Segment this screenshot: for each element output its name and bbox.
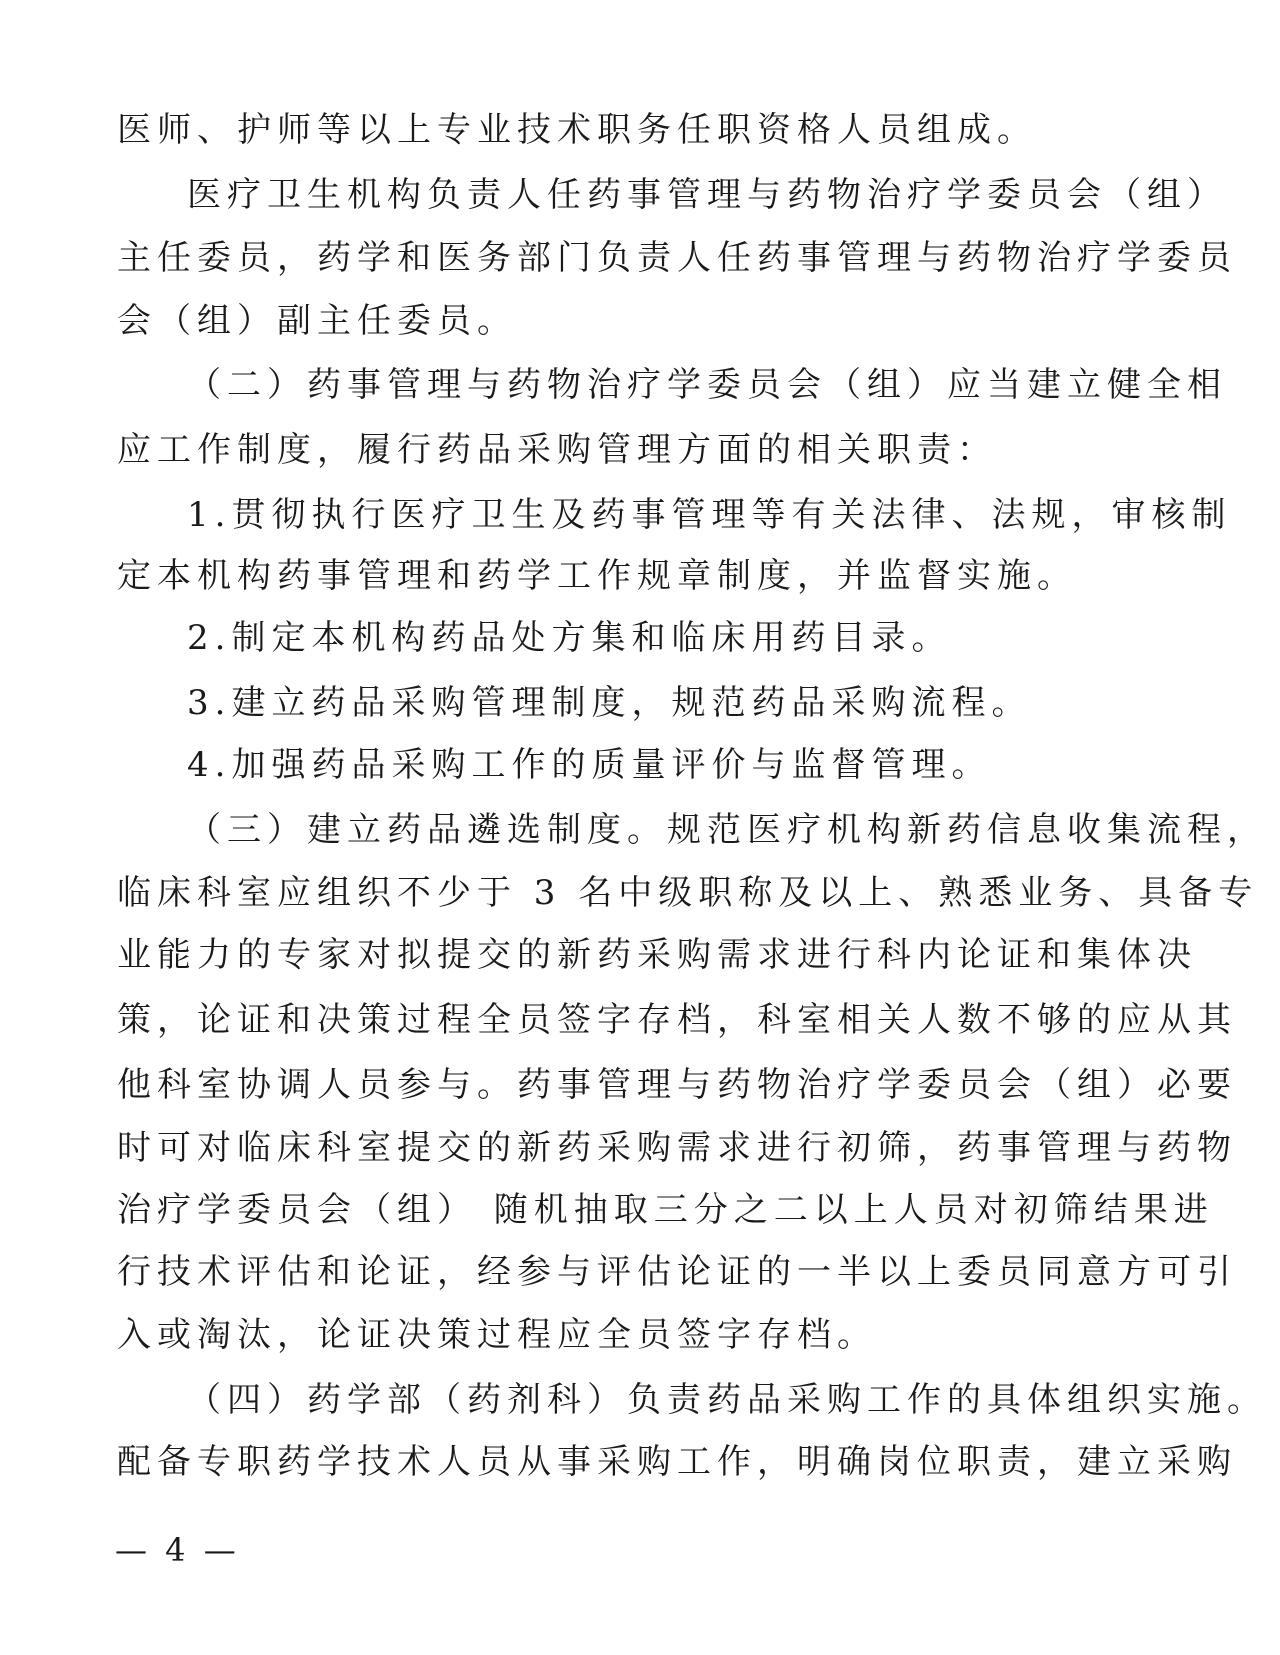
text-line: 策，论证和决策过程全员签字存档，科室相关人数不够的应从其: [117, 995, 1137, 1045]
text-line: 入或淘汰，论证决策过程应全员签字存档。: [117, 1310, 1137, 1360]
text-line: 时可对临床科室提交的新药采购需求进行初筛，药事管理与药物: [117, 1123, 1137, 1173]
text-line: 应工作制度，履行药品采购管理方面的相关职责：: [117, 425, 1137, 475]
text-line: 3.建立药品采购管理制度，规范药品采购流程。: [187, 678, 1137, 728]
text-line: 医疗卫生机构负责人任药事管理与药物治疗学委员会（组）: [187, 170, 1137, 220]
page-number: — 4 —: [115, 1525, 240, 1575]
text-line: 1.贯彻执行医疗卫生及药事管理等有关法律、法规，审核制: [187, 490, 1137, 540]
text-line: （三）建立药品遴选制度。规范医疗机构新药信息收集流程，: [187, 805, 1137, 855]
text-line: 临床科室应组织不少于 3 名中级职称及以上、熟悉业务、具备专: [117, 868, 1137, 918]
text-line: 配备专职药学技术人员从事采购工作，明确岗位职责，建立采购: [117, 1437, 1137, 1487]
text-line: 2.制定本机构药品处方集和临床用药目录。: [187, 613, 1137, 663]
document-page: 医师、护师等以上专业技术职务任职资格人员组成。 医疗卫生机构负责人任药事管理与药…: [0, 0, 1280, 1655]
text-line: 医师、护师等以上专业技术职务任职资格人员组成。: [117, 105, 1137, 155]
text-line: （二）药事管理与药物治疗学委员会（组）应当建立健全相: [187, 360, 1137, 410]
text-line: 4.加强药品采购工作的质量评价与监督管理。: [187, 740, 1137, 790]
text-line: 会（组）副主任委员。: [117, 296, 1137, 346]
text-line: 业能力的专家对拟提交的新药采购需求进行科内论证和集体决: [117, 930, 1137, 980]
text-line: 主任委员，药学和医务部门负责人任药事管理与药物治疗学委员: [117, 233, 1137, 283]
text-line: 定本机构药事管理和药学工作规章制度，并监督实施。: [117, 551, 1137, 601]
text-line: （四）药学部（药剂科）负责药品采购工作的具体组织实施。: [187, 1375, 1137, 1425]
text-line: 治疗学委员会（组） 随机抽取三分之二以上人员对初筛结果进: [117, 1185, 1137, 1235]
text-line: 行技术评估和论证，经参与评估论证的一半以上委员同意方可引: [117, 1247, 1137, 1297]
text-line: 他科室协调人员参与。药事管理与药物治疗学委员会（组）必要: [117, 1060, 1137, 1110]
